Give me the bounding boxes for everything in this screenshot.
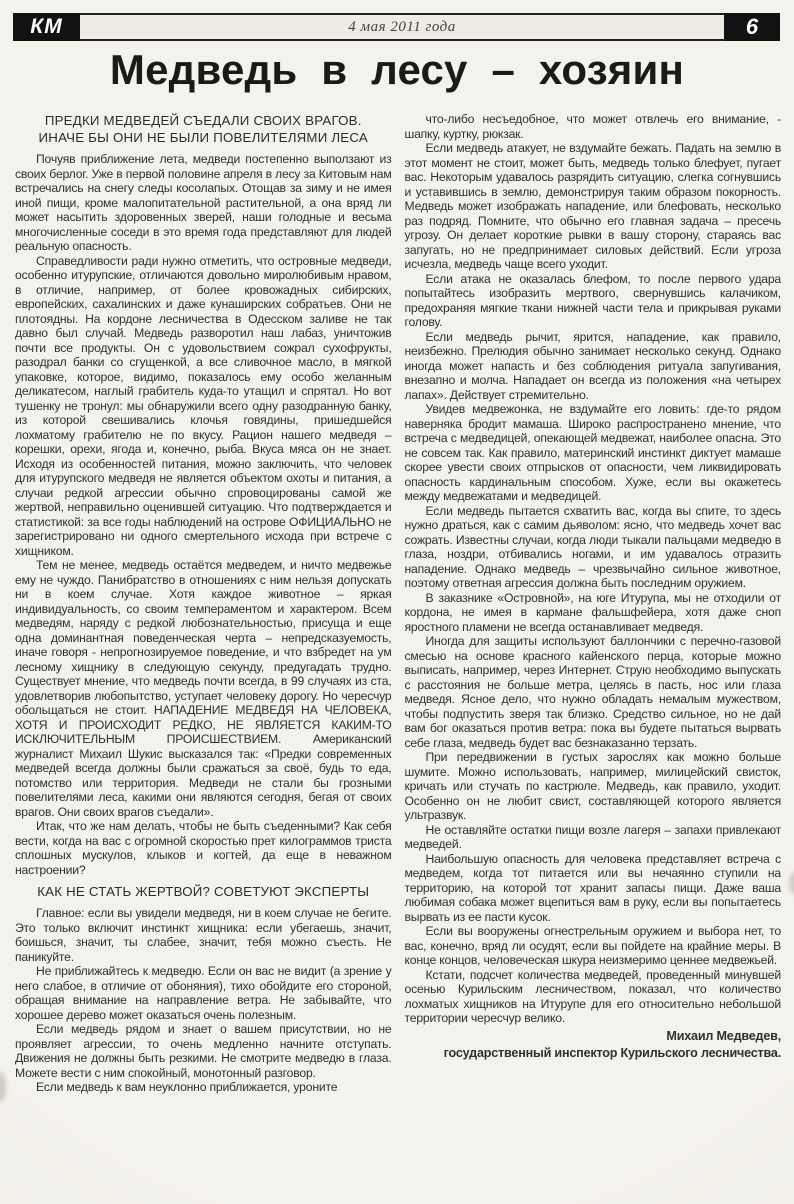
article-paragraph: Тем не менее, медведь остаётся медведем,… (15, 558, 392, 819)
issue-date: 4 мая 2011 года (348, 19, 455, 36)
article-paragraph: В заказнике «Островной», на юге Итурупа,… (405, 591, 782, 635)
article-paragraph: что-либо несъедобное, что может отвлечь … (405, 112, 782, 141)
page-number: 6 (724, 13, 780, 41)
article-paragraph: Если медведь рядом и знает о вашем прису… (15, 1022, 392, 1080)
article-paragraph: Кстати, подсчет количества медведей, про… (405, 968, 782, 1026)
left-column: ПРЕДКИ МЕДВЕДЕЙ СЪЕДАЛИ СВОИХ ВРАГОВ. ИН… (15, 112, 392, 1202)
signature-line: Михаил Медведев, (405, 1029, 782, 1044)
newspaper-logo: КМ (13, 13, 80, 41)
article-paragraph: При передвижении в густых зарослях как м… (405, 750, 782, 823)
right-column: что-либо несъедобное, что может отвлечь … (405, 112, 782, 1202)
masthead-bar: 4 мая 2011 года (80, 13, 724, 41)
article-paragraph: Если медведь рычит, ярится, нападение, к… (405, 330, 782, 403)
signature-line: государственный инспектор Курильского ле… (405, 1046, 782, 1061)
article-paragraph: Наибольшую опасность для человека предст… (405, 852, 782, 925)
article-paragraph: Справедливости ради нужно отметить, что … (15, 254, 392, 559)
article-paragraph: Увидев медвежонка, не вздумайте его лови… (405, 402, 782, 504)
article-paragraph: Если медведь к вам неуклонно приближаетс… (15, 1080, 392, 1095)
article-paragraph: Если атака не оказалась блефом, то после… (405, 272, 782, 330)
article-paragraph: Итак, что же нам делать, чтобы не быть с… (15, 819, 392, 877)
scan-artifact (789, 872, 794, 894)
scan-artifact (0, 1072, 6, 1102)
article-headline: Медведь в лесу – хозяин (0, 46, 794, 94)
article-paragraph: Если медведь пытается схватить вас, когд… (405, 504, 782, 591)
masthead: КМ 4 мая 2011 года 6 (13, 13, 780, 41)
article-paragraph: Главное: если вы увидели медведя, ни в к… (15, 906, 392, 964)
section-subheading: КАК НЕ СТАТЬ ЖЕРТВОЙ? СОВЕТУЮТ ЭКСПЕРТЫ (15, 883, 392, 900)
article-paragraph: Не оставляйте остатки пищи возле лагеря … (405, 823, 782, 852)
article-body: ПРЕДКИ МЕДВЕДЕЙ СЪЕДАЛИ СВОИХ ВРАГОВ. ИН… (15, 112, 781, 1202)
article-paragraph: Не приближайтесь к медведю. Если он вас … (15, 964, 392, 1022)
article-paragraph: Иногда для защиты используют баллончики … (405, 634, 782, 750)
section-subheading: ПРЕДКИ МЕДВЕДЕЙ СЪЕДАЛИ СВОИХ ВРАГОВ. ИН… (15, 112, 392, 146)
article-paragraph: Если медведь атакует, не вздумайте бежат… (405, 141, 782, 272)
newspaper-page: КМ 4 мая 2011 года 6 Медведь в лесу – хо… (0, 0, 794, 1204)
article-paragraph: Если вы вооружены огнестрельным оружием … (405, 924, 782, 968)
article-paragraph: Почуяв приближение лета, медведи постепе… (15, 152, 392, 254)
